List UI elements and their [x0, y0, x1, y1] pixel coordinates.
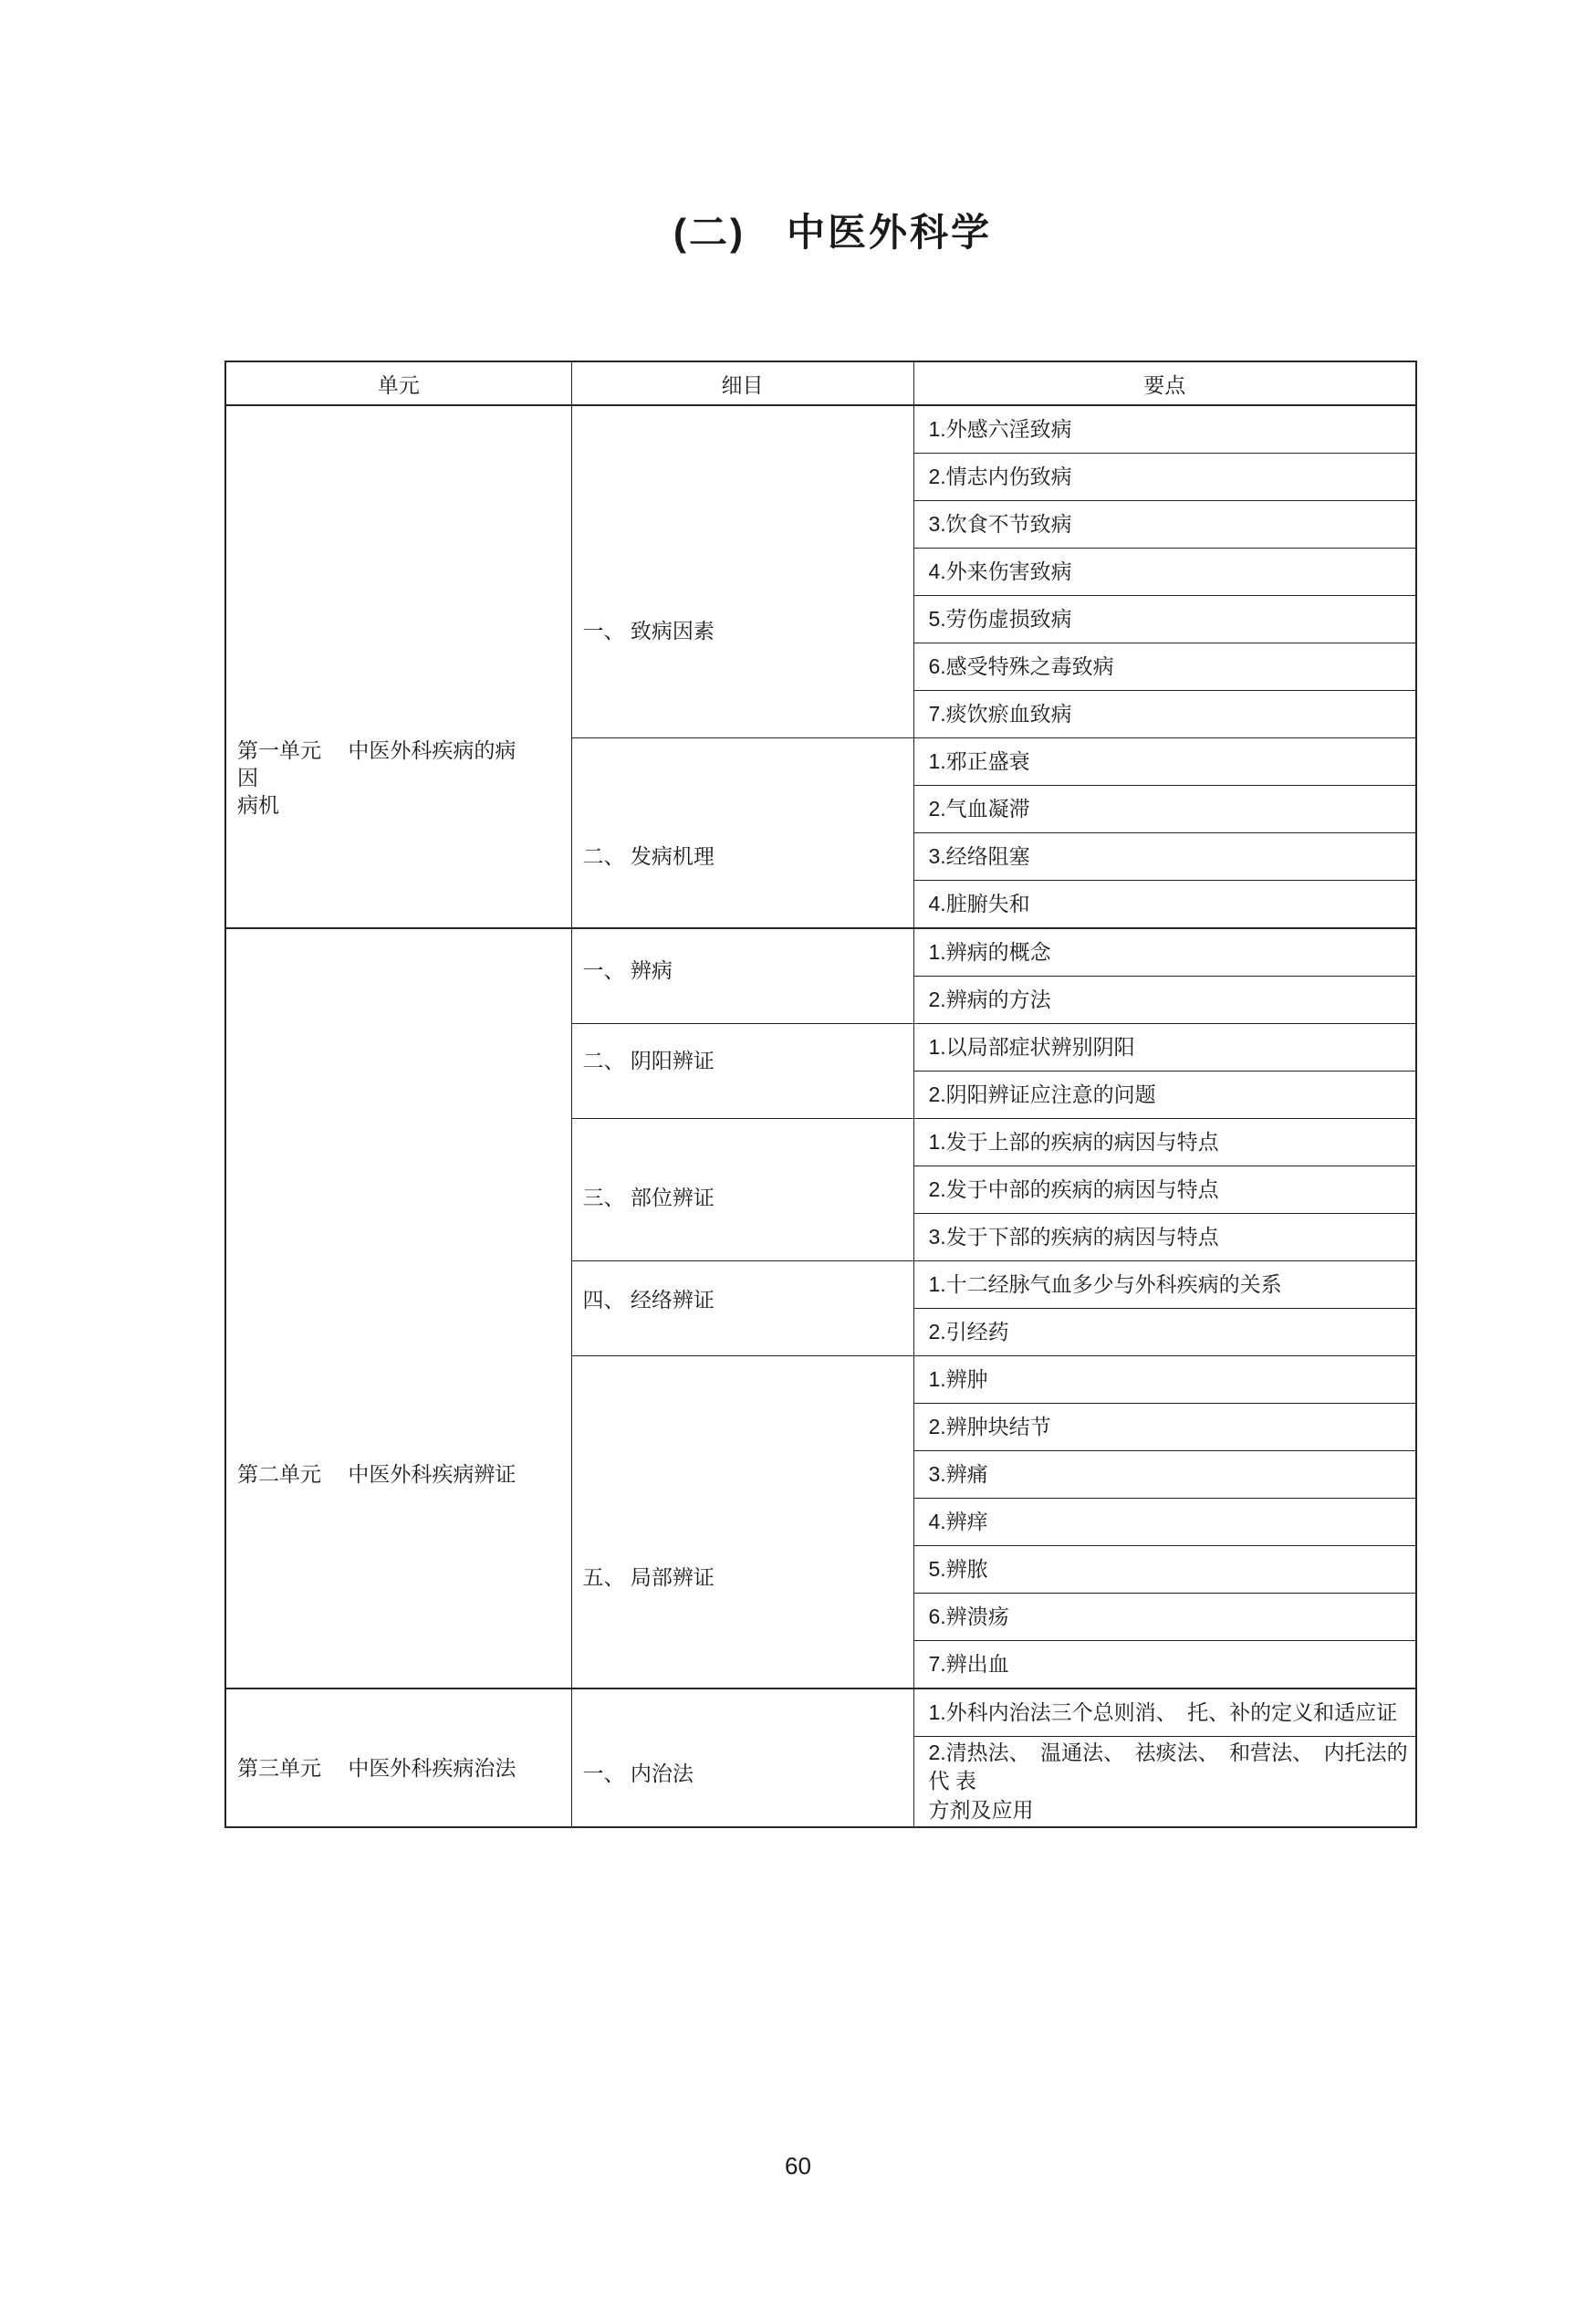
point-cell: 5.劳伤虚损致病	[913, 596, 1416, 643]
item-label: 二、 发病机理	[583, 843, 910, 871]
point-cell: 1.外感六淫致病	[913, 405, 1416, 454]
point-cell: 3.经络阻塞	[913, 833, 1416, 881]
point-cell: 2.情志内伤致病	[913, 454, 1416, 501]
point-cell: 4.辨痒	[913, 1499, 1416, 1546]
col-header-item: 细目	[571, 361, 913, 405]
point-cell: 3.饮食不节致病	[913, 501, 1416, 549]
item-label: 一、 致病因素	[583, 618, 910, 645]
item-label: 五、 局部辨证	[583, 1564, 910, 1592]
unit-cell: 第三单元 中医外科疾病治法	[225, 1688, 571, 1827]
table-row: 第一单元 中医外科疾病的病 因 病机一、 致病因素1.外感六淫致病	[225, 405, 1416, 454]
point-cell: 1.辨肿	[913, 1356, 1416, 1404]
point-cell: 1.十二经脉气血多少与外科疾病的关系	[913, 1261, 1416, 1309]
item-cell: 三、 部位辨证	[571, 1119, 913, 1261]
document-page: (二) 中医外科学 单元 细目 要点 第一单元 中医外科疾病的病 因 病机一、 …	[0, 0, 1596, 2300]
syllabus-table: 单元 细目 要点 第一单元 中医外科疾病的病 因 病机一、 致病因素1.外感六淫…	[224, 361, 1417, 1828]
col-header-points: 要点	[913, 361, 1416, 405]
unit-name: 第二单元 中医外科疾病辨证	[237, 1461, 568, 1489]
item-cell: 一、 致病因素	[571, 405, 913, 738]
unit-cell: 第一单元 中医外科疾病的病 因 病机	[225, 405, 571, 928]
point-cell: 1.以局部症状辨别阴阳	[913, 1024, 1416, 1072]
col-header-unit: 单元	[225, 361, 571, 405]
item-label: 四、 经络辨证	[583, 1287, 910, 1314]
table-row: 第二单元 中医外科疾病辨证一、 辨病1.辨病的概念	[225, 928, 1416, 977]
page-number: 60	[0, 2152, 1596, 2180]
point-cell: 1.外科内治法三个总则消、 托、补的定义和适应证	[913, 1688, 1416, 1737]
item-label: 三、 部位辨证	[583, 1185, 910, 1212]
item-label: 二、 阴阳辨证	[583, 1048, 910, 1075]
point-cell: 7.辨出血	[913, 1641, 1416, 1689]
unit-cell: 第二单元 中医外科疾病辨证	[225, 928, 571, 1688]
point-cell: 1.邪正盛衰	[913, 738, 1416, 786]
item-label: 一、 辨病	[583, 957, 910, 985]
point-cell: 3.辨痛	[913, 1451, 1416, 1499]
point-cell: 4.脏腑失和	[913, 881, 1416, 929]
unit-name: 第一单元 中医外科疾病的病 因 病机	[237, 737, 568, 820]
point-cell: 2.阴阳辨证应注意的问题	[913, 1072, 1416, 1119]
page-title: (二) 中医外科学	[35, 203, 1596, 257]
point-cell: 2.气血凝滞	[913, 786, 1416, 833]
item-cell: 二、 阴阳辨证	[571, 1024, 913, 1119]
point-cell: 6.感受特殊之毒致病	[913, 643, 1416, 691]
point-cell: 5.辨脓	[913, 1546, 1416, 1594]
item-cell: 一、 内治法	[571, 1688, 913, 1827]
item-cell: 二、 发病机理	[571, 738, 913, 929]
table-header-row: 单元 细目 要点	[225, 361, 1416, 405]
point-cell: 3.发于下部的疾病的病因与特点	[913, 1214, 1416, 1261]
point-cell: 2.辨病的方法	[913, 977, 1416, 1024]
point-cell: 7.痰饮瘀血致病	[913, 691, 1416, 738]
point-cell: 1.辨病的概念	[913, 928, 1416, 977]
table-row: 第三单元 中医外科疾病治法一、 内治法1.外科内治法三个总则消、 托、补的定义和…	[225, 1688, 1416, 1737]
item-label: 一、 内治法	[583, 1761, 910, 1788]
point-cell: 2.发于中部的疾病的病因与特点	[913, 1166, 1416, 1214]
unit-name: 第三单元 中医外科疾病治法	[237, 1755, 568, 1782]
point-cell: 6.辨溃疡	[913, 1594, 1416, 1641]
point-cell: 4.外来伤害致病	[913, 549, 1416, 596]
point-cell: 2.辨肿块结节	[913, 1404, 1416, 1451]
item-cell: 一、 辨病	[571, 928, 913, 1024]
item-cell: 四、 经络辨证	[571, 1261, 913, 1356]
item-cell: 五、 局部辨证	[571, 1356, 913, 1689]
point-cell: 2.清热法、 温通法、 祛痰法、 和营法、 内托法的代 表 方剂及应用	[913, 1737, 1416, 1828]
point-cell: 1.发于上部的疾病的病因与特点	[913, 1119, 1416, 1166]
point-cell: 2.引经药	[913, 1309, 1416, 1356]
